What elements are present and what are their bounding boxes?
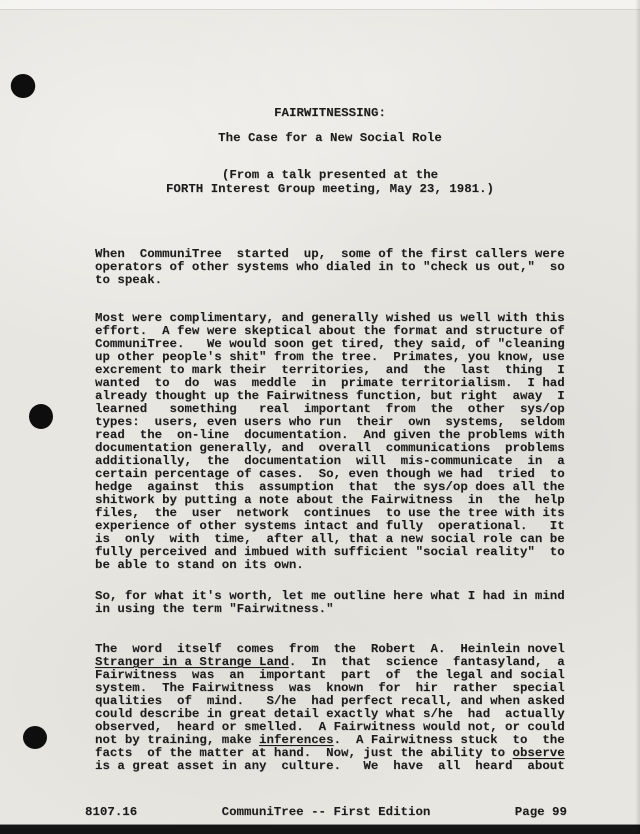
page-footer: 8107.16 CommuniTree -- First Edition Pag…: [85, 806, 567, 819]
footer-doc-number: 8107.16: [85, 806, 137, 819]
hole-punch-top: [9, 72, 37, 99]
scan-bottom-bar: [0, 825, 640, 834]
page-subtitle: The Case for a New Social Role: [95, 132, 565, 145]
paragraph-2: Most were complimentary, and generally w…: [95, 312, 565, 572]
scan-top-edge: [0, 0, 640, 10]
footer-edition-title: CommuniTree -- First Edition: [222, 806, 431, 819]
footer-page-number: Page 99: [515, 806, 567, 819]
scanned-document-page: FAIRWITNESSING: The Case for a New Socia…: [0, 0, 640, 834]
paragraph-3: So, for what it's worth, let me outline …: [95, 590, 565, 616]
hole-punch-bottom: [23, 726, 47, 749]
page-title: FAIRWITNESSING:: [95, 107, 565, 120]
scan-right-edge: [635, 0, 640, 834]
hole-punch-middle: [29, 404, 53, 429]
attribution-note: (From a talk presented at the FORTH Inte…: [95, 169, 565, 197]
paragraph-4: The word itself comes from the Robert A.…: [95, 643, 565, 773]
paragraph-1: When CommuniTree started up, some of the…: [95, 248, 565, 287]
